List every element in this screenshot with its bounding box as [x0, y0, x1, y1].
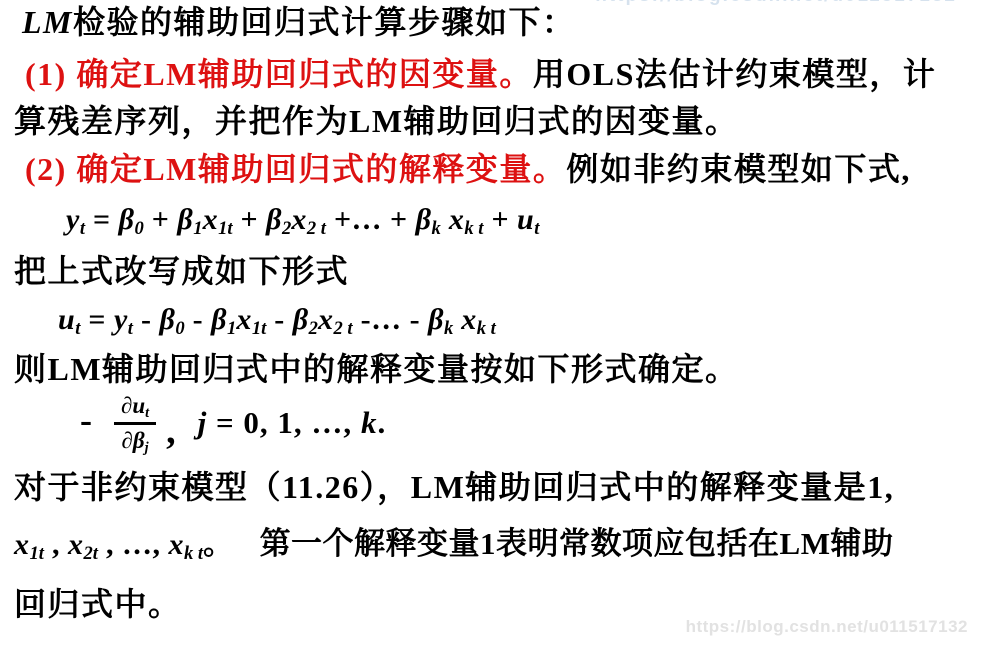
para-model: 对于非约束模型（11.26），LM辅助回归式中的解释变量是1,: [14, 469, 894, 507]
para-vars-line: x1t , x2t , …, xk t。第一个解释变量1表明常数项应包括在LM辅…: [14, 526, 894, 563]
fraction-denominator: ∂βj: [122, 425, 149, 454]
title-lm-abbrev: LM: [22, 4, 73, 40]
formula-residual: ut = yt - β0 - β1x1t - β2x2 t -… - βk xk…: [58, 302, 496, 337]
explanatory-note: 则LM辅助回归式中的解释变量按如下形式确定。: [14, 351, 739, 389]
step1-heading: (1) 确定LM辅助回归式的因变量。: [25, 56, 533, 92]
para-end: 回归式中。: [14, 586, 182, 624]
step1-text: 用OLS法估计约束模型，计: [533, 56, 937, 92]
cropped-watermark-remnant: https://blog.csdn.net/u011517132: [595, 0, 957, 7]
step1-line: (1) 确定LM辅助回归式的因变量。用OLS法估计约束模型，计: [25, 56, 936, 94]
step2-heading: (2) 确定LM辅助回归式的解释变量。: [25, 151, 566, 187]
formula-unrestricted-model: yt = β0 + β1x1t + β2x2 t +… + βk xk t + …: [66, 202, 539, 237]
partial-derivative-fraction: ∂ut ∂βj: [114, 392, 156, 454]
derivative-expression: - ∂ut ∂βj , j = 0, 1, …, k.: [80, 392, 386, 454]
minus-sign: -: [80, 399, 92, 441]
rewrite-note: 把上式改写成如下形式: [14, 253, 349, 291]
separator-comma: ,: [166, 409, 176, 454]
index-range: j = 0, 1, …, k.: [198, 405, 387, 442]
step2-line: (2) 确定LM辅助回归式的解释变量。例如非约束模型如下式,: [25, 151, 911, 189]
title-text: 检验的辅助回归式计算步骤如下：: [73, 4, 576, 40]
fraction-numerator: ∂ut: [114, 392, 156, 425]
step2-text: 例如非约束模型如下式,: [566, 151, 911, 187]
csdn-watermark: https://blog.csdn.net/u011517132: [686, 617, 968, 637]
slide-title: LM检验的辅助回归式计算步骤如下：: [22, 4, 576, 42]
step1-continuation: 算残差序列，并把作为LM辅助回归式的因变量。: [14, 103, 739, 141]
para-vars-text: 第一个解释变量1表明常数项应包括在LM辅助: [260, 526, 894, 561]
x-variable-list: x1t , x2t , …, xk t。: [14, 528, 234, 561]
